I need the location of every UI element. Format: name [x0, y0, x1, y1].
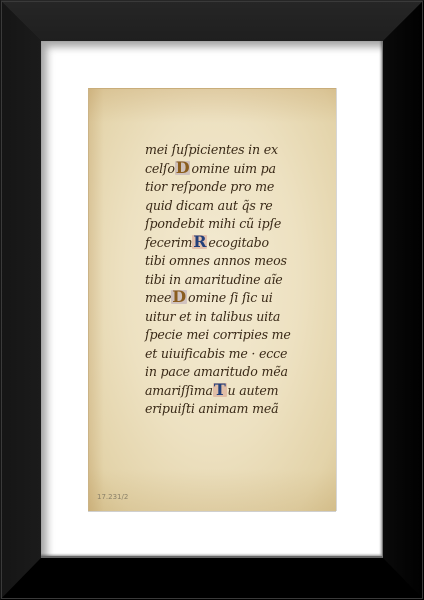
- text-line: mei ſuſpicientes in ex: [145, 141, 335, 160]
- line-text: quid dicam aut q̃s re: [145, 198, 273, 213]
- line-text: et uiuificabis me · ecce: [145, 346, 287, 361]
- line-text: mei ſuſpicientes in ex: [145, 142, 278, 157]
- illuminated-initial-t: T: [213, 383, 227, 397]
- text-line: et uiuificabis me · ecce: [145, 345, 335, 364]
- line-text: mee: [145, 290, 171, 305]
- line-text: ſpondebit mihi cũ ipſe: [145, 216, 281, 231]
- line-text: ecogitabo: [208, 235, 269, 250]
- text-line: eripuiſti animam meã: [145, 400, 335, 419]
- illuminated-initial-d: D: [175, 161, 191, 175]
- text-line: meeDomine ſi ſic ui: [145, 289, 335, 308]
- text-line: tibi omnes annos meos: [145, 252, 335, 271]
- manuscript-page: mei ſuſpicientes in ex celſoDomine uim p…: [88, 88, 336, 511]
- text-line: ſpondebit mihi cũ ipſe: [145, 215, 335, 234]
- line-text: fecerim: [145, 235, 192, 250]
- text-line: amariſſimaTu autem: [145, 382, 335, 401]
- text-line: ſpecie mei corripies me: [145, 326, 335, 345]
- text-line: uitur et in talibus uita: [145, 308, 335, 327]
- text-line: celſoDomine uim pa: [145, 160, 335, 179]
- text-line: in pace amaritudo mẽa: [145, 363, 335, 382]
- line-text: tibi omnes annos meos: [145, 253, 287, 268]
- manuscript-text: mei ſuſpicientes in ex celſoDomine uim p…: [145, 141, 335, 419]
- line-text: omine uim pa: [191, 161, 275, 176]
- line-text: celſo: [145, 161, 175, 176]
- line-text: ſpecie mei corripies me: [145, 327, 291, 342]
- text-line: quid dicam aut q̃s re: [145, 197, 335, 216]
- illuminated-initial-r: R: [192, 235, 207, 249]
- line-text: uitur et in talibus uita: [145, 309, 280, 324]
- line-text: in pace amaritudo mẽa: [145, 364, 288, 379]
- line-text: eripuiſti animam meã: [145, 401, 278, 416]
- line-text: amariſſima: [145, 383, 213, 398]
- frame-right-rail: [383, 0, 424, 600]
- illuminated-initial-d: D: [171, 290, 187, 304]
- frame-top-rail: [0, 0, 424, 41]
- line-text: omine ſi ſic ui: [188, 290, 273, 305]
- frame-left-rail: [0, 0, 41, 600]
- line-text: tibi in amaritudine aĩe: [145, 272, 283, 287]
- text-line: fecerimRecogitabo: [145, 234, 335, 253]
- line-text: tior reſponde pro me: [145, 179, 274, 194]
- frame-bottom-rail: [0, 558, 424, 600]
- shelfmark-annotation: 17.231/2: [97, 493, 128, 501]
- text-line: tior reſponde pro me: [145, 178, 335, 197]
- line-text: u autem: [228, 383, 279, 398]
